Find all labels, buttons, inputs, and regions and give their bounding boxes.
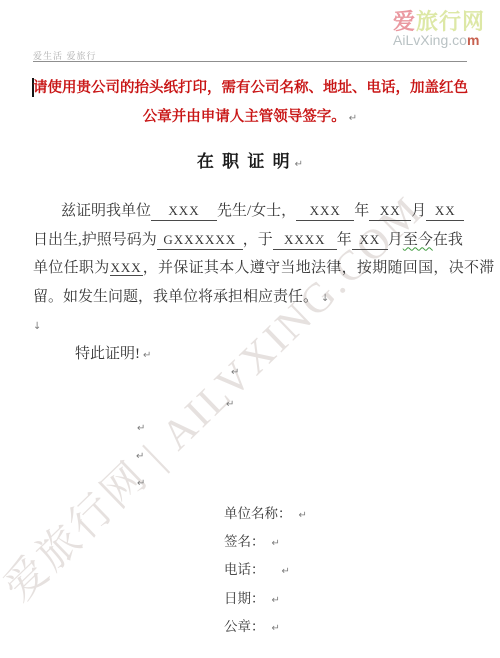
pilcrow-mark: ↵ xyxy=(137,478,145,489)
logo-chars-lvxingwang: 旅行网 xyxy=(416,9,485,34)
body-text-segment: 先生/女士， xyxy=(217,203,296,219)
header-divider xyxy=(33,61,467,62)
seal-label: 公章： xyxy=(224,619,265,634)
document-page: 爱旅行网 | AILVXING.COM 爱生活 爱旅行 爱旅行网 AiLvXin… xyxy=(0,0,500,658)
document-title-text: 在 职 证 明 xyxy=(197,152,292,171)
pilcrow-mark: ↵ xyxy=(295,159,303,170)
linebreak-mark: ↓ xyxy=(321,293,329,304)
body-line-2: 日出生,护照号码为GXXXXXX，于XXXX年XX月至今在我 xyxy=(33,226,467,255)
notice-line-2: 公章并由申请人主管领导签字。↵ xyxy=(33,103,467,132)
seal-label-row: 公章：↵ xyxy=(224,613,307,641)
company-name-label-row: 单位名称：↵ xyxy=(224,500,307,528)
signature-block: 单位名称：↵ 签名：↵ 电话：↵ 日期：↵ 公章：↵ xyxy=(224,500,307,641)
closing-line: 特此证明!↵ xyxy=(33,340,467,369)
pilcrow-mark: ↵ xyxy=(282,566,290,577)
body-text-segment: 月 xyxy=(388,232,403,248)
body-line-3: 单位任职为XXX，并保证其本人遵守当地法律，按期随回国，决不滞 xyxy=(33,254,467,283)
linebreak-mark: ↓ xyxy=(33,321,41,332)
pilcrow-mark: ↵ xyxy=(272,538,280,549)
logo-domain-accent: m xyxy=(467,32,479,48)
pilcrow-mark: ↵ xyxy=(272,623,280,634)
logo-domain: AiLvXing.com xyxy=(393,33,493,48)
signature-label: 签名： xyxy=(224,534,265,549)
pilcrow-mark: ↵ xyxy=(299,510,307,521)
body-text-segment: 年 xyxy=(354,203,369,219)
birth-day-blank: XX xyxy=(426,203,464,221)
spellcheck-wavy-text: 至今 xyxy=(403,232,433,248)
logo-char-ai: 爱 xyxy=(393,9,416,34)
body-text-segment: 在我 xyxy=(433,232,463,248)
passport-number-blank: GXXXXXX xyxy=(157,232,243,250)
document-content: 爱生活 爱旅行 爱旅行网 AiLvXing.com 请使用贵公司的抬头纸打印，需… xyxy=(0,0,500,658)
pilcrow-mark: ↵ xyxy=(226,399,234,410)
birth-year-blank: XXX xyxy=(296,203,354,221)
site-logo: 爱旅行网 AiLvXing.com xyxy=(393,10,493,48)
notice-line-2-text: 公章并由申请人主管领导签字。 xyxy=(143,109,346,125)
certificate-body: 兹证明我单位XXX先生/女士，XXX年XX月XX 日出生,护照号码为GXXXXX… xyxy=(33,197,467,369)
empty-line: ↓ xyxy=(33,311,467,340)
logo-chinese: 爱旅行网 xyxy=(393,10,493,33)
notice-line-1: 请使用贵公司的抬头纸打印，需有公司名称、地址、电话，加盖红色 xyxy=(33,74,467,103)
body-line-1: 兹证明我单位XXX先生/女士，XXX年XX月XX xyxy=(33,197,467,226)
pilcrow-mark: ↵ xyxy=(137,423,145,434)
body-text-segment: 留。如发生问题，我单位将承担相应责任。 xyxy=(33,289,318,305)
pilcrow-mark: ↵ xyxy=(231,367,239,378)
phone-label: 电话： xyxy=(224,562,265,577)
body-text-segment: ，并保证其本人遵守当地法律，按期随回国，决不滞 xyxy=(143,260,495,276)
date-label-row: 日期：↵ xyxy=(224,585,307,613)
job-title-blank: XXX xyxy=(110,260,143,276)
pilcrow-mark: ↵ xyxy=(143,350,151,361)
employment-month-blank: XX xyxy=(352,232,388,250)
phone-label-row: 电话：↵ xyxy=(224,556,307,584)
date-label: 日期： xyxy=(224,591,265,606)
signature-label-row: 签名：↵ xyxy=(224,528,307,556)
pilcrow-mark: ↵ xyxy=(136,451,144,462)
employment-year-blank: XXXX xyxy=(273,232,337,250)
logo-domain-main: AiLvXing.co xyxy=(393,32,467,48)
body-line-4: 留。如发生问题，我单位将承担相应责任。↓ xyxy=(33,283,467,312)
body-text-segment: 单位任职为 xyxy=(33,260,110,276)
company-name-label: 单位名称： xyxy=(224,506,292,521)
name-blank: XXX xyxy=(151,203,217,221)
closing-text: 特此证明! xyxy=(75,346,140,362)
document-title: 在 职 证 明↵ xyxy=(33,147,467,172)
body-text-segment: 年 xyxy=(337,232,352,248)
body-text-segment: 日出生,护照号码为 xyxy=(33,232,157,248)
body-text-segment: 月 xyxy=(411,203,426,219)
pilcrow-mark: ↵ xyxy=(272,595,280,606)
print-instruction-notice: 请使用贵公司的抬头纸打印，需有公司名称、地址、电话，加盖红色 公章并由申请人主管… xyxy=(33,74,467,131)
pilcrow-mark: ↵ xyxy=(349,113,357,124)
body-text-segment: ，于 xyxy=(243,232,273,248)
birth-month-blank: XX xyxy=(369,203,411,221)
body-text-segment: 兹证明我单位 xyxy=(61,203,151,219)
